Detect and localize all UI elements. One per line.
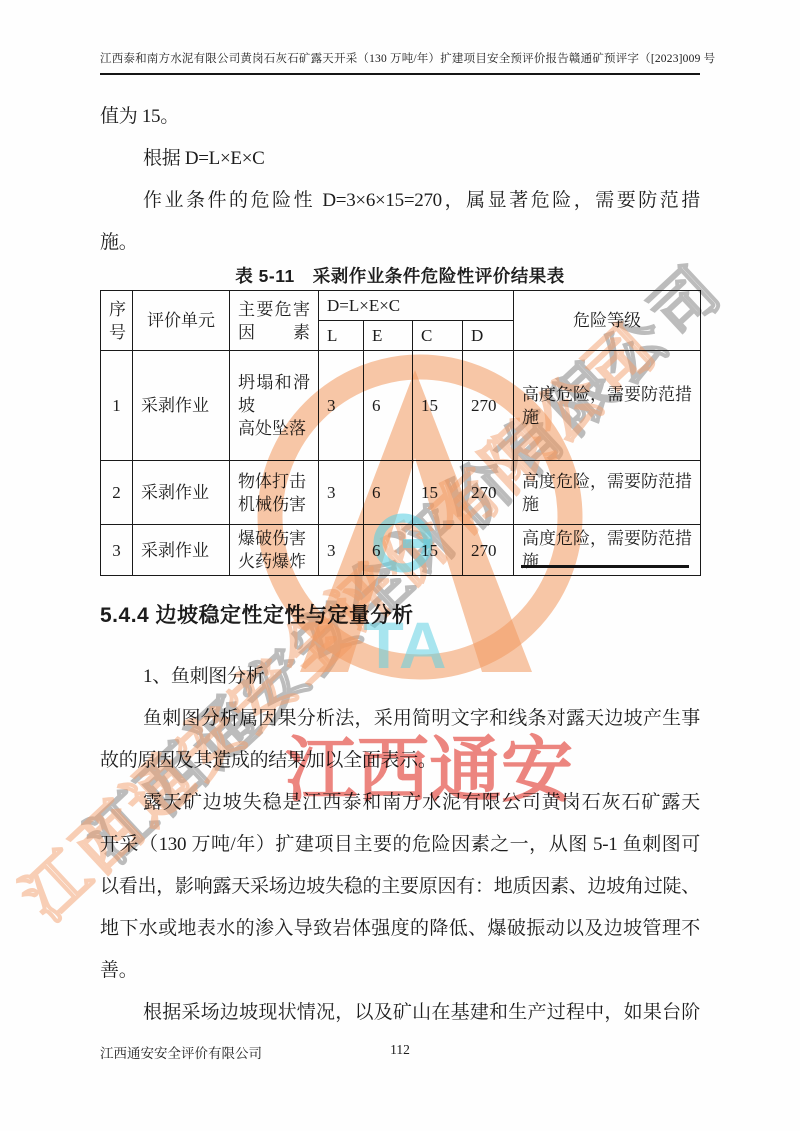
col-header-formula: D=L×E×C: [319, 291, 514, 321]
body-line: 作业条件的危险性 D=3×6×15=270，属显著危险，需要防范措: [100, 180, 700, 222]
cell-D: 270: [463, 461, 514, 525]
cell-no: 3: [101, 525, 133, 576]
body-line: 露天矿边坡失稳是江西泰和南方水泥有限公司黄岗石灰石矿露天: [100, 782, 700, 824]
col-header-D: D: [463, 321, 514, 351]
footer-page-number: 112: [100, 1042, 700, 1058]
risk-evaluation-table: 序号 评价单元 主要危害因素 D=L×E×C 危险等级 L E C D 1 采剥…: [100, 290, 701, 576]
table-caption: 表 5-11 采剥作业条件危险性评价结果表: [100, 264, 700, 290]
section-heading: 5.4.4 边坡稳定性定性与定量分析: [100, 602, 700, 630]
body-line: 开采（130 万吨/年）扩建项目主要的危险因素之一，从图 5-1 鱼刺图可: [100, 824, 700, 866]
cell-unit: 采剥作业: [133, 525, 230, 576]
table-bottom-underline: [521, 565, 689, 568]
table-row: 2 采剥作业 物体打击 机械伤害 3 6 15 270 高度危险，需要防范措施: [101, 461, 701, 525]
cell-L: 3: [319, 461, 364, 525]
body-line: 善。: [100, 950, 700, 992]
body-line: 施。: [100, 222, 700, 264]
body-line: 根据采场边坡现状情况，以及矿山在基建和生产过程中，如果台阶: [100, 992, 700, 1034]
running-footer: 江西通安安全评价有限公司 112: [100, 1042, 700, 1062]
col-header-level: 危险等级: [514, 291, 701, 351]
cell-D: 270: [463, 351, 514, 461]
document-page: 江西泰和南方水泥有限公司黄岗石灰石矿露天开采（130 万吨/年）扩建项目安全预评…: [0, 0, 800, 1131]
hazard-item: 坍塌和滑坡: [238, 371, 310, 417]
col-header-E: E: [364, 321, 413, 351]
list-item: 1、鱼刺图分析: [100, 656, 700, 698]
hazard-item: 爆破伤害: [238, 527, 310, 550]
col-header-C: C: [413, 321, 463, 351]
cell-level: 高度危险，需要防范措施: [514, 351, 701, 461]
cell-C: 15: [413, 351, 463, 461]
cell-unit: 采剥作业: [133, 351, 230, 461]
hazard-item: 物体打击: [238, 470, 310, 493]
body-line: 值为 15。: [100, 96, 700, 138]
body-line: 鱼刺图分析属因果分析法，采用简明文字和线条对露天边坡产生事: [100, 698, 700, 740]
col-header-unit: 评价单元: [133, 291, 230, 351]
cell-no: 2: [101, 461, 133, 525]
cell-E: 6: [364, 461, 413, 525]
cell-E: 6: [364, 525, 413, 576]
cell-C: 15: [413, 525, 463, 576]
hazard-item: 高处坠落: [238, 417, 310, 440]
body-line: 以看出，影响露天采场边坡失稳的主要原因有：地质因素、边坡角过陡、: [100, 866, 700, 908]
cell-C: 15: [413, 461, 463, 525]
table-row: 3 采剥作业 爆破伤害 火药爆炸 3 6 15 270 高度危险，需要防范措施: [101, 525, 701, 576]
col-header-L: L: [319, 321, 364, 351]
cell-L: 3: [319, 351, 364, 461]
header-doc-number: 赣通矿预评字（[2023]009 号: [569, 50, 715, 66]
running-header: 江西泰和南方水泥有限公司黄岗石灰石矿露天开采（130 万吨/年）扩建项目安全预评…: [100, 50, 700, 75]
cell-hazard: 坍塌和滑坡 高处坠落: [230, 351, 319, 461]
body-line: 地下水或地表水的渗入导致岩体强度的降低、爆破振动以及边坡管理不: [100, 908, 700, 950]
cell-unit: 采剥作业: [133, 461, 230, 525]
header-report-title: 江西泰和南方水泥有限公司黄岗石灰石矿露天开采（130 万吨/年）扩建项目安全预评…: [100, 50, 569, 66]
cell-level: 高度危险，需要防范措施: [514, 461, 701, 525]
cell-E: 6: [364, 351, 413, 461]
hazard-item: 火药爆炸: [238, 550, 310, 573]
hazard-item: 机械伤害: [238, 493, 310, 516]
col-header-hazard: 主要危害因素: [230, 291, 319, 351]
table-row: 1 采剥作业 坍塌和滑坡 高处坠落 3 6 15 270 高度危险，需要防范措施: [101, 351, 701, 461]
cell-D: 270: [463, 525, 514, 576]
cell-L: 3: [319, 525, 364, 576]
cell-level: 高度危险，需要防范措施: [514, 525, 701, 576]
col-header-no: 序号: [101, 291, 133, 351]
cell-hazard: 爆破伤害 火药爆炸: [230, 525, 319, 576]
formula-line: 根据 D=L×E×C: [100, 138, 700, 180]
cell-hazard: 物体打击 机械伤害: [230, 461, 319, 525]
cell-no: 1: [101, 351, 133, 461]
body-line: 故的原因及其造成的结果加以全面表示。: [100, 740, 700, 782]
